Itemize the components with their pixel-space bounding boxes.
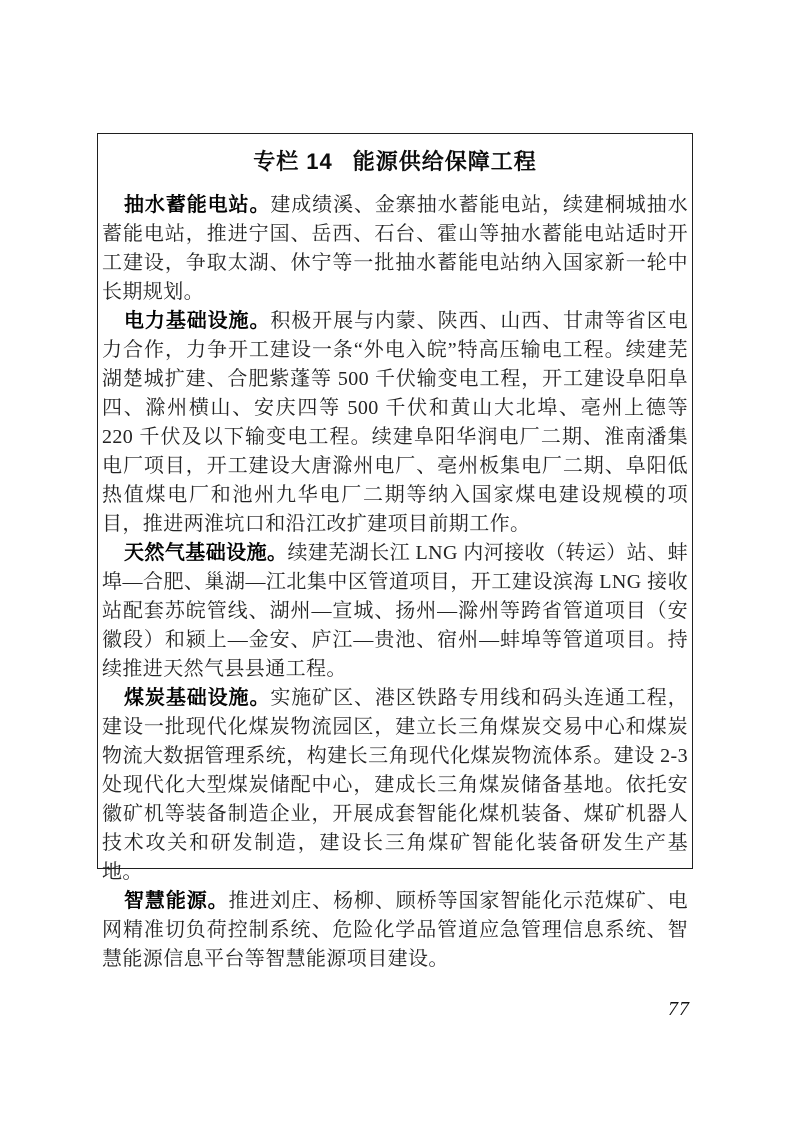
paragraph-natural-gas-infrastructure: 天然气基础设施。续建芜湖长江 LNG 内河接收（转运）站、蚌埠—合肥、巢湖—江北… xyxy=(102,539,688,684)
paragraph-power-infrastructure: 电力基础设施。积极开展与内蒙、陕西、山西、甘肃等省区电力合作，力争开工建设一条“… xyxy=(102,307,688,539)
paragraph-lead: 电力基础设施。 xyxy=(124,310,270,332)
paragraph-text: 实施矿区、港区铁路专用线和码头连通工程，建设一批现代化煤炭物流园区，建立长三角煤… xyxy=(102,687,688,883)
callout-box: 专栏 14能源供给保障工程 抽水蓄能电站。建成绩溪、金寨抽水蓄能电站，续建桐城抽… xyxy=(97,133,693,869)
box-title-label: 专栏 14 xyxy=(253,149,333,174)
paragraph-pumped-storage: 抽水蓄能电站。建成绩溪、金寨抽水蓄能电站，续建桐城抽水蓄能电站，推进宁国、岳西、… xyxy=(102,191,688,307)
paragraph-coal-infrastructure: 煤炭基础设施。实施矿区、港区铁路专用线和码头连通工程，建设一批现代化煤炭物流园区… xyxy=(102,684,688,887)
document-page: { "box": { "title_label": "专栏 14", "titl… xyxy=(0,0,793,1122)
paragraph-text: 积极开展与内蒙、陕西、山西、甘肃等省区电力合作，力争开工建设一条“外电入皖”特高… xyxy=(102,310,688,535)
paragraph-lead: 抽水蓄能电站。 xyxy=(124,194,270,216)
page-number: 77 xyxy=(658,998,700,1021)
box-title: 专栏 14能源供给保障工程 xyxy=(102,146,688,178)
paragraph-smart-energy: 智慧能源。推进刘庄、杨柳、顾桥等国家智能化示范煤矿、电网精准切负荷控制系统、危险… xyxy=(102,887,688,974)
paragraph-lead: 天然气基础设施。 xyxy=(124,542,287,564)
paragraph-lead: 智慧能源。 xyxy=(124,890,229,912)
paragraph-lead: 煤炭基础设施。 xyxy=(124,687,270,709)
box-title-text: 能源供给保障工程 xyxy=(353,149,537,174)
